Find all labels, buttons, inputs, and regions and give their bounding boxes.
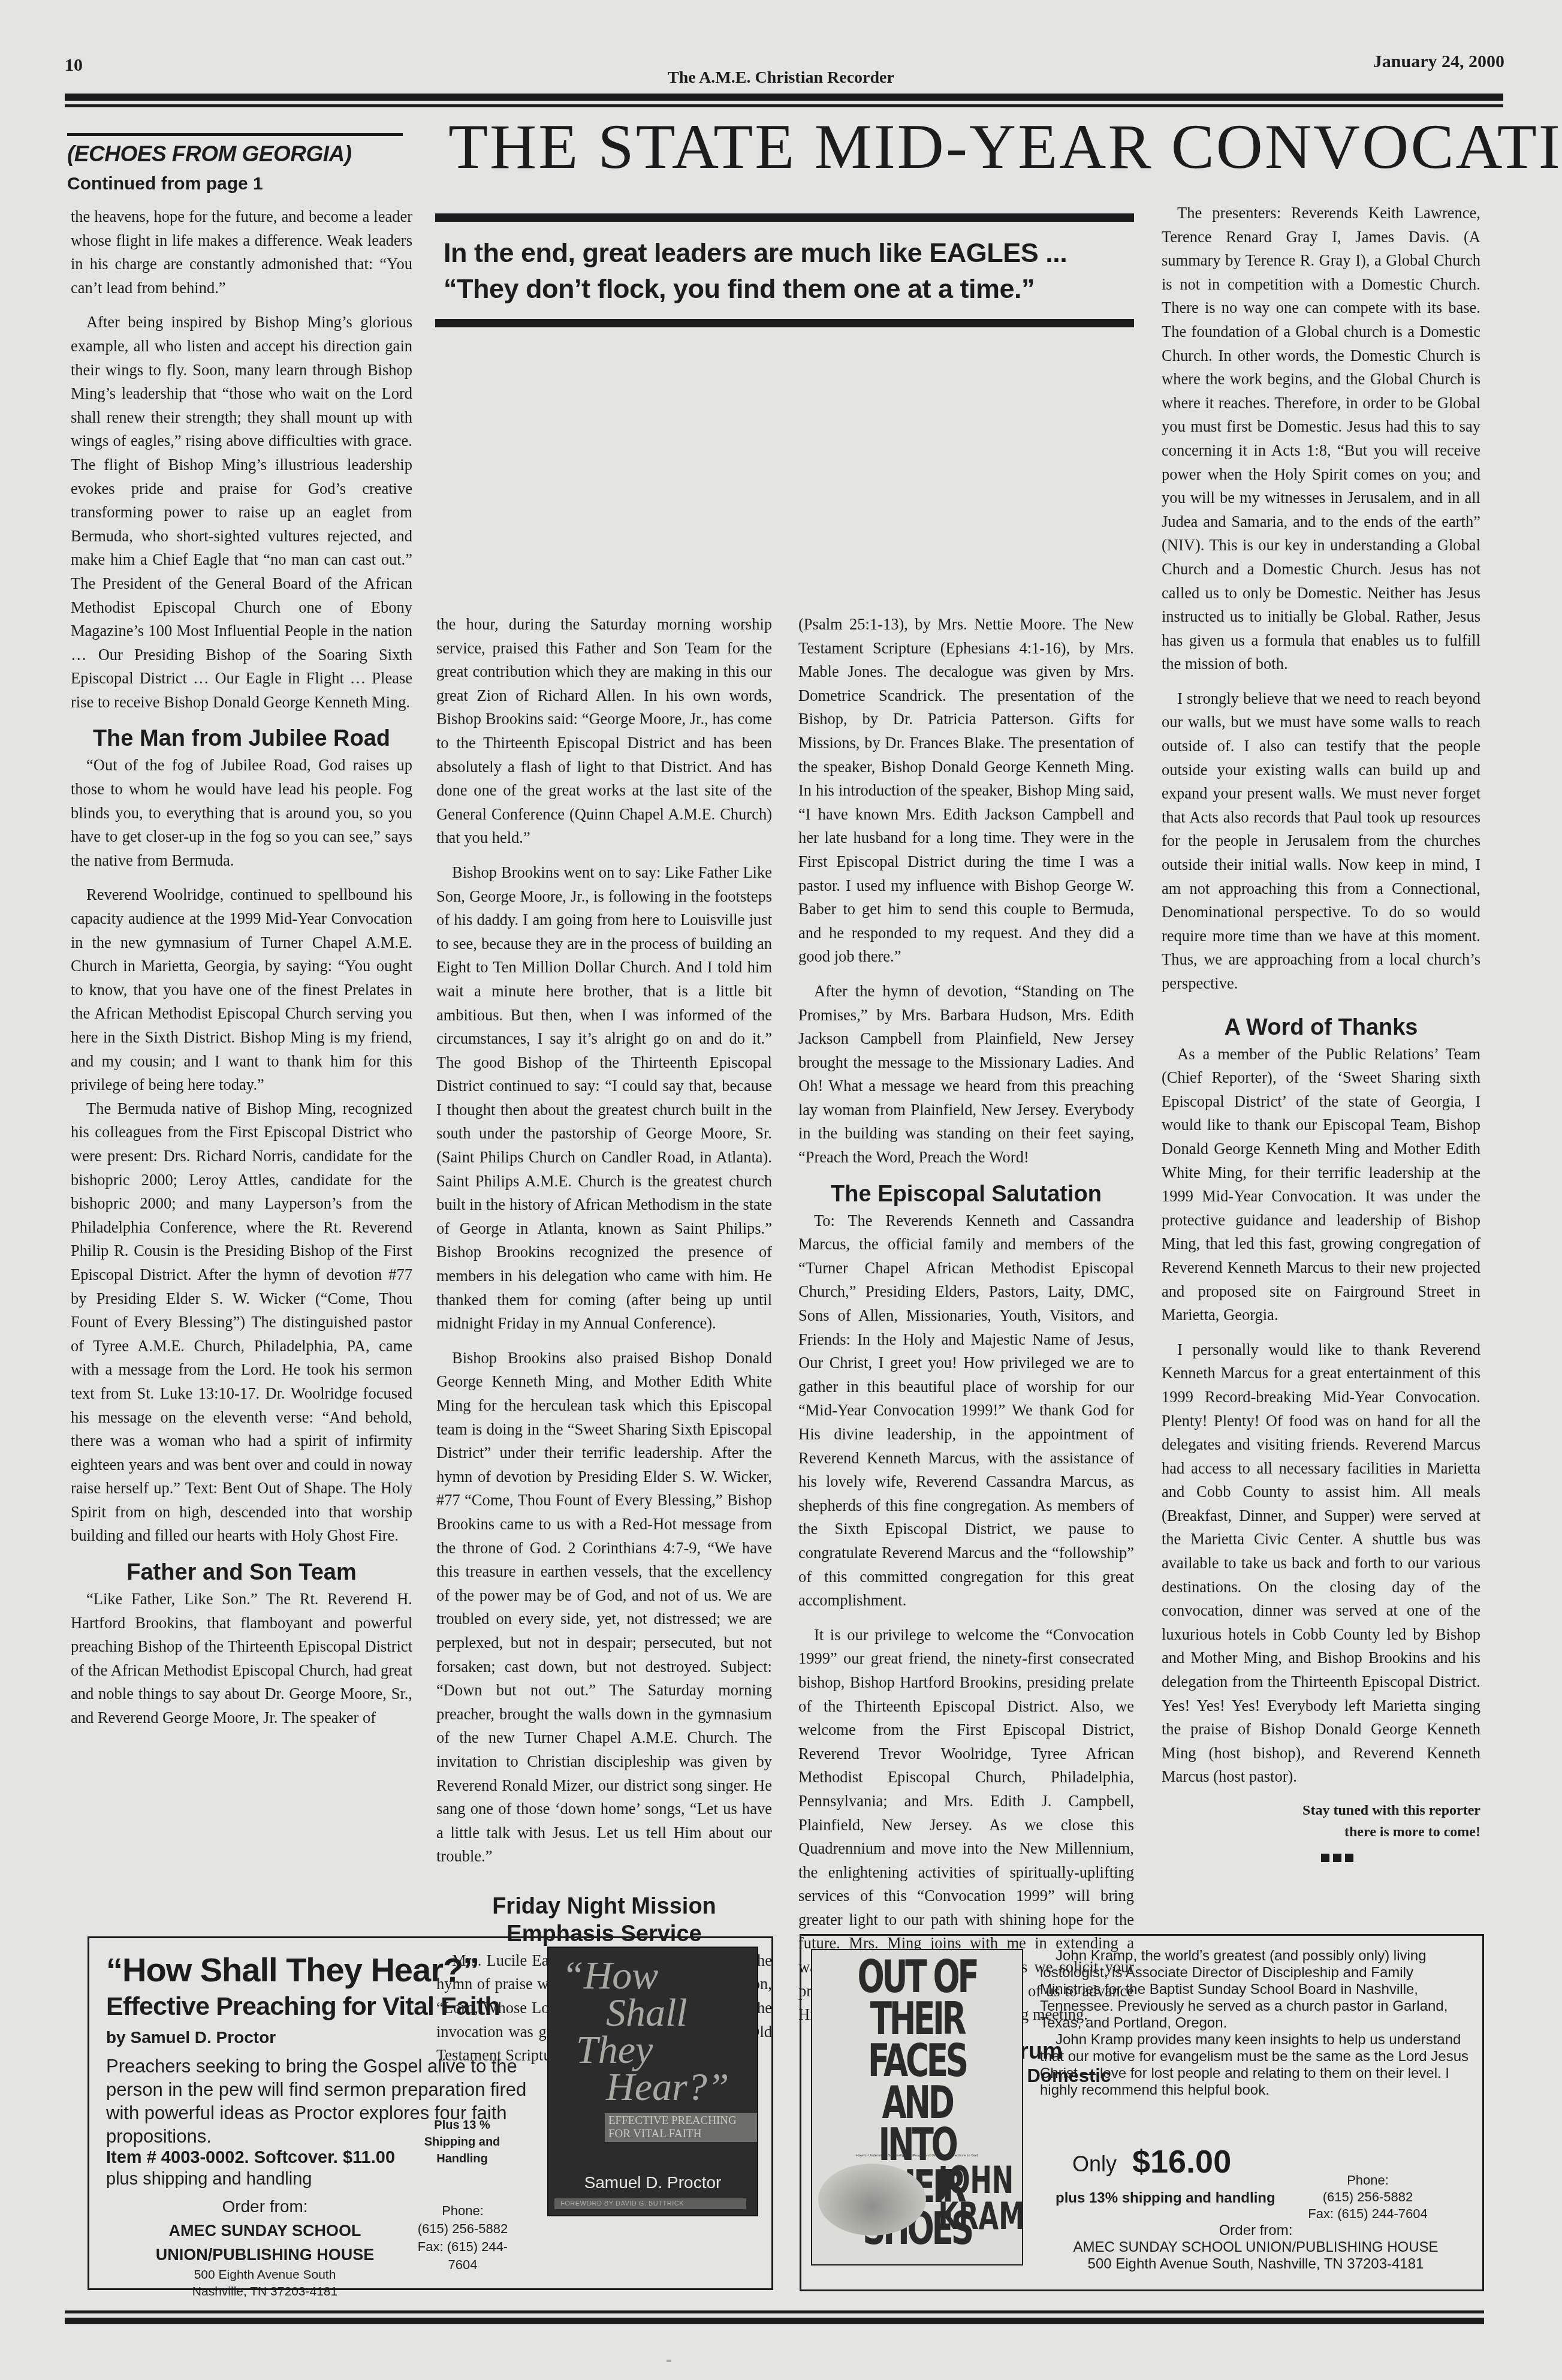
- signoff-line-2: there is more to come!: [1162, 1821, 1480, 1843]
- publisher-address: 500 Eighth Avenue South, Nashville, TN 3…: [1040, 2256, 1471, 2273]
- continued-label: Continued from page 1: [67, 174, 263, 194]
- cover-title-line: Hear?”: [562, 2069, 729, 2106]
- pull-quote-top-bar: [435, 213, 1134, 222]
- cover-author: Samuel D. Proctor: [548, 2173, 757, 2192]
- cover-title-line: “How: [562, 1957, 729, 1995]
- order-from-label: Order from:: [1040, 2222, 1471, 2239]
- subheading-jubilee-road: The Man from Jubilee Road: [71, 725, 412, 752]
- book-cover-image: “How Shall They Hear?” EFFECTIVE PREACHI…: [547, 1947, 758, 2216]
- cover-foreword: FOREWORD BY DAVID G. BUTTRICK: [554, 2198, 746, 2209]
- ad-order-block: Order from: AMEC SUNDAY SCHOOL UNION/PUB…: [1040, 2222, 1471, 2273]
- ad-how-shall-they-hear: “How Shall They Hear?” Effective Preachi…: [88, 1936, 773, 2290]
- end-mark-squares-icon: [1162, 1845, 1353, 1869]
- subheading-word-of-thanks: A Word of Thanks: [1162, 1014, 1480, 1041]
- paragraph: the hour, during the Saturday morning wo…: [436, 613, 772, 850]
- signoff-line-1: Stay tuned with this reporter: [1162, 1800, 1480, 1821]
- pull-quote-text: In the end, great leaders are much like …: [435, 222, 1134, 319]
- ad-item-price: Item # 4003-0002. Softcover. $11.00: [106, 2148, 395, 2168]
- paper-mark: [667, 2360, 671, 2362]
- paragraph: Reverend Woolridge, continued to spellbo…: [71, 883, 412, 1096]
- cover-title-line: THEIR FACES: [845, 1998, 989, 2082]
- address-line-2: Nashville, TN 37203-4181: [106, 2283, 424, 2300]
- fax-number: Fax: (615) 244-7604: [1269, 2206, 1467, 2222]
- phone-label: Phone:: [1269, 2172, 1467, 2189]
- paragraph: After being inspired by Bishop Ming’s gl…: [71, 311, 412, 714]
- ad-author: by Samuel D. Proctor: [106, 2028, 276, 2047]
- paragraph: The presenters: Reverends Keith Lawrence…: [1162, 201, 1480, 676]
- book-cover-image: OUT OF THEIR FACES AND INTO THEIR SHOES …: [811, 1949, 1023, 2265]
- ad-description-paragraph: John Kramp, the world’s greatest (and po…: [1040, 1948, 1470, 2032]
- article-column-3: (Psalm 25:1-13), by Mrs. Nettie Moore. T…: [798, 613, 1134, 2108]
- subheading-episcopal-salutation: The Episcopal Salutation: [798, 1180, 1134, 1208]
- cover-author-line: JOHN: [939, 2162, 1002, 2198]
- cover-title-line: OUT OF: [845, 1956, 989, 1998]
- ad-order-block: Order from: AMEC SUNDAY SCHOOL UNION/PUB…: [106, 2195, 424, 2300]
- paragraph: the heavens, hope for the future, and be…: [71, 205, 412, 300]
- footer-rule-thin: [65, 2310, 1484, 2313]
- ad-description-paragraph: John Kramp provides many keen insights t…: [1040, 2032, 1470, 2099]
- footer-rule-thick: [65, 2318, 1484, 2324]
- paragraph: Bishop Brookins went on to say: Like Fat…: [436, 861, 772, 1336]
- cover-author-line: KRAMP: [939, 2198, 1002, 2234]
- price: $16.00: [1132, 2143, 1231, 2180]
- newspaper-page: 10 The A.M.E. Christian Recorder January…: [0, 0, 1562, 2380]
- cover-author: JOHN KRAMP: [939, 2162, 1002, 2234]
- ad-out-of-their-faces: OUT OF THEIR FACES AND INTO THEIR SHOES …: [800, 1934, 1484, 2291]
- cover-title-line: They: [562, 2032, 729, 2069]
- publisher-line-2: UNION/PUBLISHING HOUSE: [106, 2243, 424, 2267]
- cover-title: “How Shall They Hear?”: [562, 1957, 729, 2106]
- pull-quote-bottom-bar: [435, 319, 1134, 327]
- section-kicker: (ECHOES FROM GEORGIA): [67, 141, 352, 167]
- paragraph: As a member of the Public Relations’ Tea…: [1162, 1043, 1480, 1327]
- paragraph: “Like Father, Like Son.” The Rt. Reveren…: [71, 1587, 412, 1730]
- article-column-1: the heavens, hope for the future, and be…: [71, 205, 412, 1741]
- article-column-4: The presenters: Reverends Keith Lawrence…: [1162, 201, 1480, 1869]
- paragraph: (Psalm 25:1-13), by Mrs. Nettie Moore. T…: [798, 613, 1134, 969]
- phone-number: (615) 256-5882: [412, 2220, 514, 2238]
- paragraph: Bishop Brookins also praised Bishop Dona…: [436, 1346, 772, 1869]
- ad-description: John Kramp, the world’s greatest (and po…: [1040, 1948, 1470, 2099]
- publisher-name: AMEC SUNDAY SCHOOL UNION/PUBLISHING HOUS…: [1040, 2239, 1471, 2256]
- kicker-rule: [67, 133, 403, 136]
- paragraph: After the hymn of devotion, “Standing on…: [798, 980, 1134, 1170]
- issue-date: January 24, 2000: [1373, 52, 1504, 72]
- masthead-rule-thick: [65, 94, 1503, 101]
- price-only-label: Only: [1072, 2152, 1117, 2177]
- order-from-label: Order from:: [106, 2195, 424, 2219]
- ad-shipping-note: Plus 13 % Shipping and Handling: [409, 2117, 515, 2167]
- publication-name: The A.M.E. Christian Recorder: [0, 68, 1562, 88]
- ad-headline: “How Shall They Hear?”: [106, 1950, 479, 1989]
- publisher-line-1: AMEC SUNDAY SCHOOL: [106, 2219, 424, 2243]
- fax-number: Fax: (615) 244-7604: [412, 2238, 514, 2274]
- cover-title-line: Shall: [562, 1995, 729, 2032]
- shipping-note: plus 13% shipping and handling: [1056, 2190, 1275, 2207]
- paragraph: I personally would like to thank Reveren…: [1162, 1338, 1480, 1789]
- paragraph: I strongly believe that we need to reach…: [1162, 687, 1480, 996]
- subheading-father-son-team: Father and Son Team: [71, 1559, 412, 1586]
- page-title: THE STATE MID-YEAR CONVOCATION: [448, 110, 1562, 183]
- reporter-signoff: Stay tuned with this reporter there is m…: [1162, 1800, 1480, 1843]
- ad-plus-shipping: plus shipping and handling: [106, 2170, 312, 2189]
- masthead-rule-thin: [65, 104, 1503, 107]
- article-column-2: the hour, during the Saturday morning wo…: [436, 613, 772, 2078]
- cover-subtitle-band: EFFECTIVE PREACHING FOR VITAL FAITH: [605, 2113, 758, 2142]
- paragraph: The Bermuda native of Bishop Ming, recog…: [71, 1097, 412, 1548]
- address-line-1: 500 Eighth Avenue South: [106, 2267, 424, 2283]
- phone-label: Phone:: [412, 2202, 514, 2220]
- pull-quote: In the end, great leaders are much like …: [435, 213, 1134, 327]
- ad-subtitle: Effective Preaching for Vital Faith: [106, 1992, 500, 2022]
- cover-illustration-explorers-icon: [818, 2164, 926, 2236]
- cover-tagline: How to Understand Spiritually Lost Peopl…: [817, 2154, 1017, 2158]
- ad-phone-block: Phone: (615) 256-5882 Fax: (615) 244-760…: [1269, 2172, 1467, 2222]
- ad-phone-block: Phone: (615) 256-5882 Fax: (615) 244-760…: [412, 2202, 514, 2274]
- phone-number: (615) 256-5882: [1269, 2189, 1467, 2206]
- paragraph: To: The Reverends Kenneth and Cassandra …: [798, 1209, 1134, 1613]
- cover-title-line: AND INTO: [845, 2082, 989, 2166]
- paragraph: “Out of the fog of Jubilee Road, God rai…: [71, 754, 412, 872]
